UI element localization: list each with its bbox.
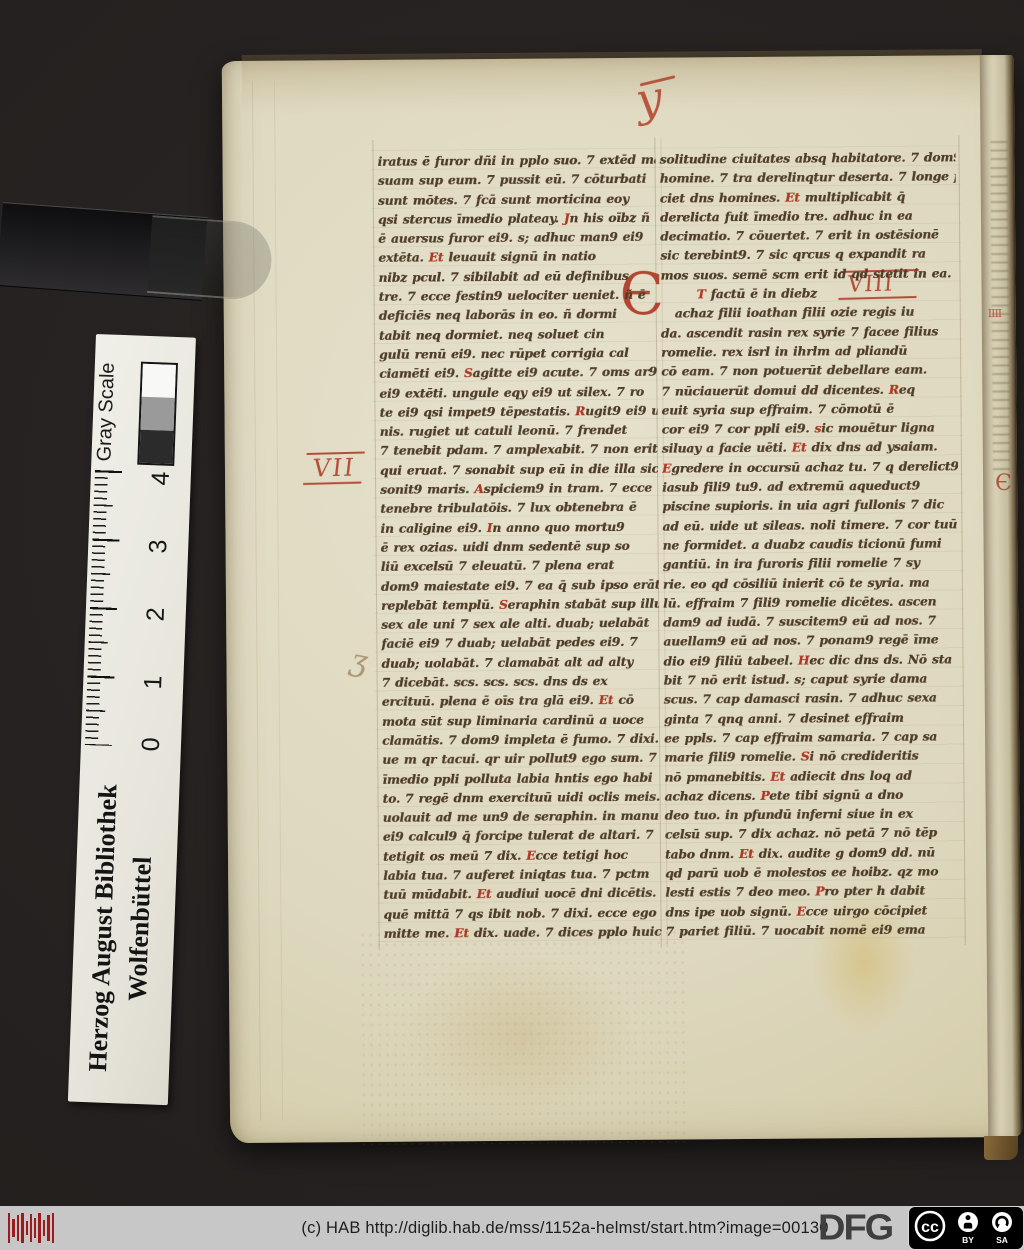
manuscript-text-line: iratus ē furor dñi in pplo suo. 7 extēd … bbox=[377, 150, 655, 171]
manuscript-text-line: derelicta fuit īmedio tre. adhuc in ea bbox=[660, 205, 956, 227]
by-label: BY bbox=[962, 1235, 974, 1245]
manuscript-text-line: nō pmanebitis. Et adiecit dns loq ad bbox=[664, 765, 960, 787]
ruler-number: 3 bbox=[144, 526, 175, 567]
text-column-right: solitudine ciuitates absq habitatore. 7 … bbox=[659, 147, 961, 940]
manuscript-text-line: suam sup eum. 7 pussit eū. 7 cōturbati bbox=[378, 169, 656, 190]
manuscript-text-line: bit 7 nō erit istud. s; caput syrie dama bbox=[664, 668, 960, 690]
manuscript-text-line: 7 pariet filiū. 7 uocabit nomē ei9 ema bbox=[666, 919, 962, 941]
by-person-icon bbox=[958, 1212, 978, 1232]
manuscript-text-line: 7 nūciauerūt domui dd dicentes. Req bbox=[661, 379, 957, 401]
manuscript-text-line: ne formidet. a duabz caudis ticionū fumi bbox=[663, 533, 959, 555]
manuscript-text-line: sic terebint9. 7 sic qrcus q expandit ra bbox=[660, 244, 956, 266]
ruler-number: 2 bbox=[141, 594, 172, 635]
manuscript-text-line: dom9 maiestate ei9. 7 ea q̄ sub ipso erā… bbox=[381, 574, 659, 595]
manuscript-text-line: dam9 ad iudā. 7 suscitem9 eū ad nos. 7 bbox=[663, 610, 959, 632]
red-quire-mark: y bbox=[632, 70, 666, 127]
manuscript-text-line: iasub fili9 tu9. ad extremū aqueduct9 bbox=[662, 475, 958, 497]
manuscript-text-line: decimatio. 7 cōuertet. 7 erit in ostēsio… bbox=[660, 225, 956, 247]
manuscript-text-line: ercituū. plena ē oīs tra glā ei9. Et cō bbox=[382, 690, 660, 711]
manuscript-text-line: quē mittā 7 qs ibit nob. 7 dixi. ecce eg… bbox=[383, 902, 661, 923]
manuscript-text-line: siluay a facie uēti. Et dix dns ad ysaia… bbox=[662, 437, 958, 459]
manuscript-text-line: gantiū. in ira furoris filii romelie 7 s… bbox=[663, 553, 959, 575]
facing-page-red-initial: Є bbox=[995, 471, 1012, 496]
manuscript-text-line: T factū ē in diebz bbox=[661, 282, 957, 304]
manuscript-text-line: celsū sup. 7 dix achaz. nō petā 7 nō tēp bbox=[665, 823, 961, 845]
text-column-left: iratus ē furor dñi in pplo suo. 7 extēd … bbox=[377, 150, 661, 943]
manuscript-text-line: liū excelsū 7 eleuatū. 7 plena erat bbox=[381, 555, 659, 576]
manuscript-text-line: ē rex ozias. uidi dnm sedentē sup so bbox=[381, 536, 659, 557]
manuscript-text-line: cor ei9 7 cor ppli ei9. sic mouētur lign… bbox=[662, 418, 958, 440]
manuscript-text-line: sunt mōtes. 7 fcā sunt morticina eoy bbox=[378, 188, 656, 209]
manuscript-text-line: replebāt templū. Seraphin stabāt sup ill… bbox=[381, 594, 659, 615]
ruler-number: 1 bbox=[139, 662, 170, 703]
manuscript-text-line: faciē ei9 7 duab; uelabāt pedes ei9. 7 bbox=[381, 632, 659, 653]
manuscript-text-line: scus. 7 cap damasci rasin. 7 adhuc sexa bbox=[664, 688, 960, 710]
chapter-numeral-vii: VII bbox=[303, 452, 365, 486]
manuscript-text-line: 7 dicebāt. scs. scs. scs. dns ds ex bbox=[382, 671, 660, 692]
gray-patch-white bbox=[142, 364, 176, 398]
institution-line1: Herzog August Bibliothek bbox=[83, 783, 123, 1071]
manuscript-text-line: sex ale uni 7 sex ale alti. duab; uelabā… bbox=[381, 613, 659, 634]
manuscript-text-line: in caligine ei9. In anno quo mortu9 bbox=[380, 516, 658, 537]
manuscript-text-line: solitudine ciuitates absq habitatore. 7 … bbox=[659, 147, 955, 169]
manuscript-text-line: gulū renū ei9. nec rūpet corrigia cal bbox=[379, 343, 657, 364]
calibration-barcode bbox=[8, 1212, 54, 1244]
book-block-edge bbox=[984, 1136, 1018, 1160]
manuscript-text-line: tetigit os meū 7 dix. Ecce tetigi hoc bbox=[383, 844, 661, 865]
manuscript-text-line: ciamēti ei9. Sagitte ei9 acute. 7 oms ar… bbox=[379, 362, 657, 383]
manuscript-text-line: Egredere in occursū achaz tu. 7 q dereli… bbox=[662, 456, 958, 478]
gray-scale-label: Gray Scale bbox=[93, 352, 139, 473]
gray-patch-mid bbox=[141, 397, 175, 431]
manuscript-text-line: qsi stercus īmedio plateay. Jn his oībz … bbox=[378, 208, 656, 229]
manuscript-text-line: deficiēs neq laborās in eo. ñ dormi bbox=[379, 304, 657, 325]
manuscript-text-line: tuū mūdabit. Et audiui uocē dni dicētis. bbox=[383, 883, 661, 904]
manuscript-text-line: da. ascendit rasin rex syrie 7 facee fil… bbox=[661, 321, 957, 343]
manuscript-text-line: achaz dicens. Pete tibi signū a dno bbox=[664, 784, 960, 806]
manuscript-text-line: ciet dns homines. Et multiplicabit q̄ bbox=[660, 186, 956, 208]
gray-scale-patches bbox=[137, 362, 178, 466]
manuscript-text-line: to. 7 regē dnm exercituū uidi oclis meis… bbox=[382, 787, 660, 808]
manuscript-text-line: mota sūt sup liminaria cardinū a uoce bbox=[382, 709, 660, 730]
page-clamp-tip bbox=[147, 215, 274, 302]
ruler-number: 0 bbox=[136, 724, 167, 765]
manuscript-text-line: qd parū uob ē molestos ee hoibz. qz mo bbox=[665, 861, 961, 883]
manuscript-text-line: ue m qr tacui. qr uir pollut9 ego sum. 7 bbox=[382, 748, 660, 769]
parchment-stain bbox=[242, 49, 982, 115]
manuscript-text-line: piscine supioris. in uia agri fullonis 7… bbox=[662, 495, 958, 517]
manuscript-text-line: ei9 calcul9 q̄ forcipe tulerat de altari… bbox=[383, 825, 661, 846]
margin-annotation-mark: ʒ bbox=[347, 643, 371, 681]
manuscript-text-line: deo tuo. in pfundū inferni siue in ex bbox=[665, 803, 961, 825]
margin-ruling-line bbox=[274, 81, 283, 1121]
digitized-manuscript-photo: y VII VIII Є ʒ iratus ē furor dñi in ppl… bbox=[0, 0, 1024, 1250]
manuscript-text-line: rie. eo qd cōsiliū inierit cō te syria. … bbox=[663, 572, 959, 594]
manuscript-text-line: duab; uolabāt. 7 clamabāt alt ad alty bbox=[381, 651, 659, 672]
manuscript-text-line: labia tua. 7 auferet iniqtas tua. 7 pctm bbox=[383, 864, 661, 885]
ruler-number: 4 bbox=[146, 458, 177, 499]
sa-label: SA bbox=[996, 1235, 1008, 1245]
manuscript-text-line: dio ei9 filiū tabeel. Hec dic dns ds. Nō… bbox=[663, 649, 959, 671]
cc-letters: cc bbox=[921, 1219, 939, 1236]
manuscript-text-line: sonit9 maris. Aspiciem9 in tram. 7 ecce bbox=[380, 478, 658, 499]
facing-page-red-numeral: IIII bbox=[988, 307, 1001, 320]
manuscript-text-line: ei9 extēti. ungule eqy ei9 ut silex. 7 r… bbox=[379, 381, 657, 402]
manuscript-text-line: marie fili9 romelie. Si nō credideritis bbox=[664, 746, 960, 768]
manuscript-text-line: clamātis. 7 dom9 impleta ē fumo. 7 dixi. bbox=[382, 729, 660, 750]
copyright-url-text: (c) HAB http://diglib.hab.de/mss/1152a-h… bbox=[265, 1206, 865, 1250]
manuscript-text-line: ē auersus furor ei9. s; adhuc man9 ei9 bbox=[378, 227, 656, 248]
manuscript-text-line: homine. 7 tra derelinqtur deserta. 7 lon… bbox=[660, 167, 956, 189]
centimeter-ruler: 4 3 2 1 0 bbox=[85, 464, 188, 759]
facing-page-edge: IIII Є bbox=[980, 55, 1022, 1137]
ruler-ticks-cm bbox=[85, 470, 122, 746]
manuscript-text-line: īmedio ppli polluta labia hntis ego habi bbox=[382, 767, 660, 788]
dfg-logo: DFG bbox=[818, 1208, 892, 1249]
manuscript-text-line: qui eruat. 7 sonabit sup eū in die illa … bbox=[380, 458, 658, 479]
manuscript-text-line: romelie. rex isrl in ihrlm ad pliandū bbox=[661, 340, 957, 362]
manuscript-text-line: tabo dnm. Et dix. audite g dom9 dd. nū bbox=[665, 842, 961, 864]
manuscript-text-line: dns ipe uob signū. Ecce uirgo cōcipiet bbox=[665, 900, 961, 922]
manuscript-page: y VII VIII Є ʒ iratus ē furor dñi in ppl… bbox=[222, 55, 1022, 1143]
institution-line2: Wolfenbüttel bbox=[123, 856, 157, 1001]
manuscript-text-line: lū. effraim 7 fili9 romelie dicētes. asc… bbox=[663, 591, 959, 613]
cc-by-sa-badge: cc BY SA bbox=[909, 1207, 1020, 1246]
manuscript-text-line: lesti estis 7 deo meo. Pro pter h dabit bbox=[665, 881, 961, 903]
manuscript-text-line: mitte me. Et dix. uade. 7 dices pplo hui… bbox=[384, 922, 662, 943]
manuscript-text-line: tre. 7 ecce festin9 uelociter ueniet. ñ … bbox=[379, 285, 657, 306]
footer-bar: (c) HAB http://diglib.hab.de/mss/1152a-h… bbox=[0, 1206, 1024, 1250]
parchment-grain-texture bbox=[359, 927, 691, 1145]
manuscript-text-line: cō eam. 7 non potuerūt debellare eam. bbox=[661, 360, 957, 382]
manuscript-text-line: tabit neq dormiet. neq soluet cin bbox=[379, 323, 657, 344]
manuscript-text-line: uolauit ad me un9 de seraphin. in manu bbox=[383, 806, 661, 827]
manuscript-text-line: nibz pcul. 7 sibilabit ad eū definibus bbox=[378, 266, 656, 287]
manuscript-text-line: mos suos. semē scm erit id qd stetit in … bbox=[660, 263, 956, 285]
calibration-card: Gray Scale 4 3 2 1 0 Herzog August Bibli… bbox=[68, 334, 196, 1105]
manuscript-text-line: auellam9 eū ad nos. 7 ponam9 regē īme bbox=[663, 630, 959, 652]
manuscript-text-line: ee ppls. 7 cap effraim samaria. 7 cap sa bbox=[664, 726, 960, 748]
manuscript-text-line: extēta. Et leuauit signū in natio bbox=[378, 246, 656, 267]
manuscript-text-line: euit syria sup effraim. 7 cōmotū ē bbox=[661, 398, 957, 420]
manuscript-text-line: nis. rugiet ut catuli leonū. 7 frendet bbox=[380, 420, 658, 441]
manuscript-text-line: ginta 7 qnq anni. 7 desinet effraim bbox=[664, 707, 960, 729]
manuscript-text-line: achaz filii ioathan filii ozie regis iu bbox=[661, 302, 957, 324]
cc-license-plate: cc BY SA bbox=[908, 1206, 1024, 1250]
institution-label: Herzog August Bibliothek Wolfenbüttel bbox=[78, 760, 170, 1097]
manuscript-text-line: 7 tenebit pdam. 7 amplexabit. 7 non erit bbox=[380, 439, 658, 460]
manuscript-text-line: tenebre tribulatōis. 7 lux obtenebra ē bbox=[380, 497, 658, 518]
manuscript-text-line: te ei9 qsi impet9 tēpestatis. Rugit9 ei9… bbox=[379, 401, 657, 422]
manuscript-text-line: ad eū. uide ut sileas. noli timere. 7 co… bbox=[662, 514, 958, 536]
sa-arrow-icon bbox=[992, 1212, 1012, 1232]
